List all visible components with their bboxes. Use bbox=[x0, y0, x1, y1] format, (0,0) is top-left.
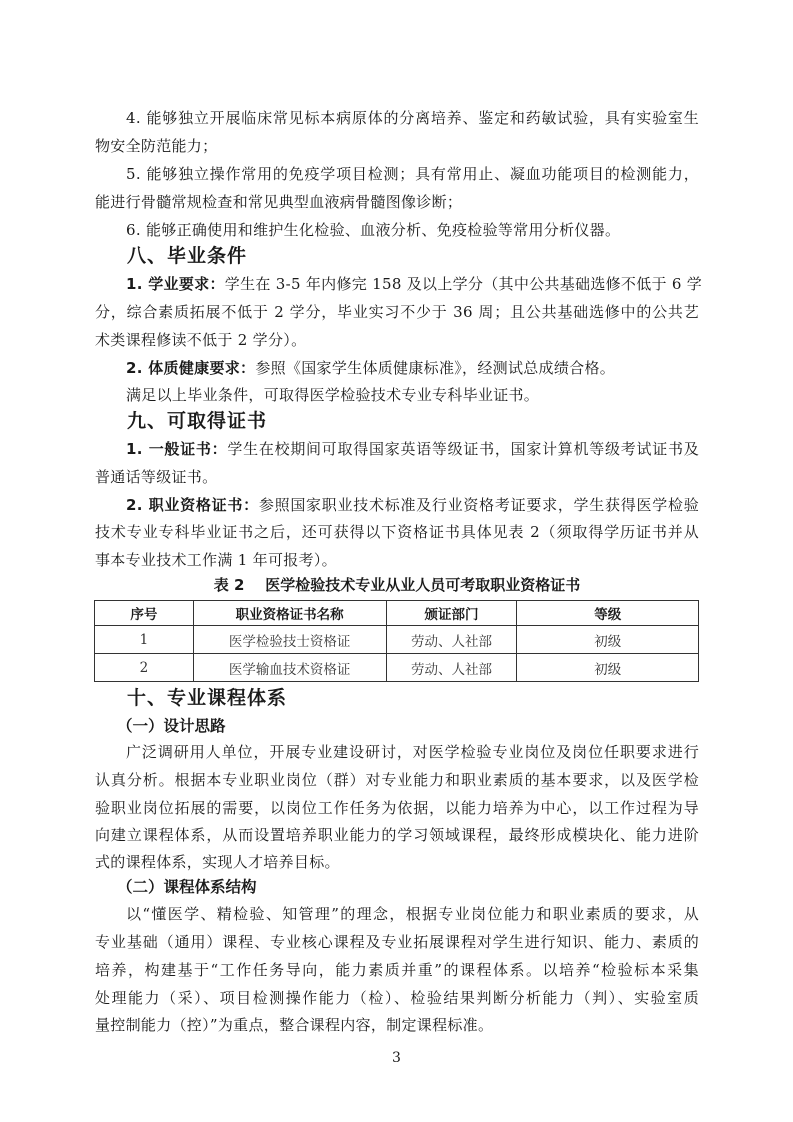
structure-para-line-2: 专业基础（通用）课程、专业核心课程及专业拓展课程对学生进行知识、能力、素质的 bbox=[95, 928, 699, 956]
list-item-4-line-2: 物安全防范能力； bbox=[95, 132, 699, 160]
design-para-line-2: 认真分析。根据本专业职业岗位（群）对专业能力和职业素质的基本要求，以及医学检 bbox=[95, 766, 699, 794]
general-cert-label: 1. 一般证书： bbox=[126, 440, 227, 458]
list-item-5-line-2: 能进行骨髓常规检查和常见典型血液病骨髓图像诊断； bbox=[95, 188, 699, 216]
vocational-cert-line-2: 技术专业专科毕业证书之后，还可获得以下资格证书具体见表 2（须取得学历证书并从 bbox=[95, 518, 699, 546]
graduation-summary: 满足以上毕业条件，可取得医学检验技术专业专科毕业证书。 bbox=[95, 381, 699, 409]
structure-para-line-1: 以“懂医学、精检验、知管理”的理念，根据专业岗位能力和职业素质的要求，从 bbox=[95, 900, 699, 928]
academic-requirement-line-3: 术类课程修读不低于 2 学分）。 bbox=[95, 326, 699, 354]
design-para-line-4: 向建立课程体系，从而设置培养职业能力的学习领域课程，最终形成模块化、能力进阶 bbox=[95, 821, 699, 849]
subheading-design-idea: （一）设计思路 bbox=[117, 712, 226, 740]
structure-para-line-5: 量控制能力（控）”为重点，整合课程内容，制定课程标准。 bbox=[95, 1011, 699, 1039]
academic-requirement-line-2: 分，综合素质拓展不低于 2 学分，毕业实习不少于 36 周；且公共基础选修中的公… bbox=[95, 298, 699, 326]
cell-index: 1 bbox=[95, 626, 194, 654]
vocational-cert-text: 参照国家职业技术标准及行业资格考证要求，学生获得医学检验 bbox=[259, 496, 699, 514]
table-caption: 表 2 医学检验技术专业从业人员可考取职业资格证书 bbox=[95, 573, 699, 597]
col-header-issuer: 颁证部门 bbox=[386, 601, 517, 626]
page-number: 3 bbox=[0, 1050, 793, 1066]
health-requirement-text: 参照《国家学生体质健康标准》，经测试总成绩合格。 bbox=[255, 359, 615, 377]
vocational-cert-line-1: 2. 职业资格证书：参照国家职业技术标准及行业资格考证要求，学生获得医学检验 bbox=[95, 491, 699, 519]
cell-issuer: 劳动、人社部 bbox=[386, 654, 517, 682]
section-heading-graduation: 八、毕业条件 bbox=[127, 242, 247, 270]
table-row: 2 医学输血技术资格证 劳动、人社部 初级 bbox=[95, 654, 699, 682]
subheading-structure: （二）课程体系结构 bbox=[117, 873, 257, 901]
structure-para-line-4: 处理能力（采）、项目检测操作能力（检）、检验结果判断分析能力（判）、实验室质 bbox=[95, 984, 699, 1012]
table-header-row: 序号 职业资格证书名称 颁证部门 等级 bbox=[95, 601, 699, 626]
general-cert-line-2: 普通话等级证书。 bbox=[95, 463, 699, 491]
general-cert-text: 学生在校期间可取得国家英语等级证书，国家计算机等级考试证书及 bbox=[227, 440, 699, 458]
academic-requirement-text: 学生在 3-5 年内修完 158 及以上学分（其中公共基础选修不低于 6 学 bbox=[225, 275, 702, 293]
health-requirement-label: 2. 体质健康要求： bbox=[126, 359, 255, 377]
vocational-cert-label: 2. 职业资格证书： bbox=[126, 496, 259, 514]
cell-cert-name: 医学检验技士资格证 bbox=[193, 626, 386, 654]
health-requirement-line: 2. 体质健康要求：参照《国家学生体质健康标准》，经测试总成绩合格。 bbox=[95, 354, 699, 382]
table-row: 1 医学检验技士资格证 劳动、人社部 初级 bbox=[95, 626, 699, 654]
cell-issuer: 劳动、人社部 bbox=[386, 626, 517, 654]
list-item-5-line-1: 5. 能够独立操作常用的免疫学项目检测；具有常用止、凝血功能项目的检测能力， bbox=[95, 160, 699, 188]
list-item-6-line-1: 6. 能够正确使用和维护生化检验、血液分析、免疫检验等常用分析仪器。 bbox=[95, 216, 699, 244]
design-para-line-3: 验职业岗位拓展的需要，以岗位工作任务为依据，以能力培养为中心，以工作过程为导 bbox=[95, 794, 699, 822]
certificate-table: 序号 职业资格证书名称 颁证部门 等级 1 医学检验技士资格证 劳动、人社部 初… bbox=[94, 600, 699, 682]
design-para-line-1: 广泛调研用人单位，开展专业建设研讨，对医学检验专业岗位及岗位任职要求进行 bbox=[95, 738, 699, 766]
list-item-4-line-1: 4. 能够独立开展临床常见标本病原体的分离培养、鉴定和药敏试验，具有实验室生 bbox=[95, 104, 699, 132]
col-header-cert-name: 职业资格证书名称 bbox=[193, 601, 386, 626]
design-para-line-5: 式的课程体系，实现人才培养目标。 bbox=[95, 848, 699, 876]
col-header-index: 序号 bbox=[95, 601, 194, 626]
general-cert-line-1: 1. 一般证书：学生在校期间可取得国家英语等级证书，国家计算机等级考试证书及 bbox=[95, 435, 699, 463]
section-heading-certificates: 九、可取得证书 bbox=[127, 407, 267, 435]
academic-requirement-label: 1. 学业要求： bbox=[126, 275, 225, 293]
cell-index: 2 bbox=[95, 654, 194, 682]
academic-requirement-line-1: 1. 学业要求：学生在 3-5 年内修完 158 及以上学分（其中公共基础选修不… bbox=[95, 270, 699, 298]
cell-cert-name: 医学输血技术资格证 bbox=[193, 654, 386, 682]
col-header-level: 等级 bbox=[517, 601, 699, 626]
structure-para-line-3: 培养，构建基于“工作任务导向，能力素质并重”的课程体系。以培养“检验标本采集 bbox=[95, 956, 699, 984]
cell-level: 初级 bbox=[517, 626, 699, 654]
cell-level: 初级 bbox=[517, 654, 699, 682]
section-heading-curriculum: 十、专业课程体系 bbox=[127, 684, 287, 712]
vocational-cert-line-3: 事本专业技术工作满 1 年可报考）。 bbox=[95, 546, 699, 574]
